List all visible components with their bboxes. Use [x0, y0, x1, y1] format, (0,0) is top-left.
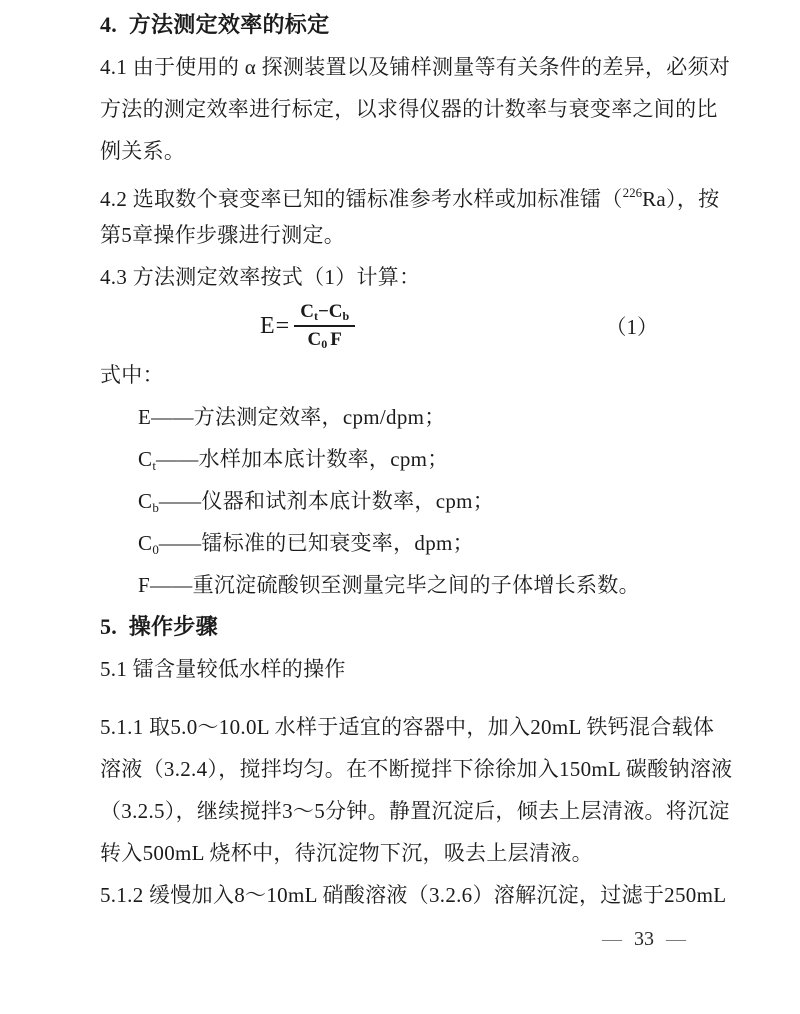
where-label: 式中： [100, 354, 700, 396]
symbol-definitions: E——方法测定效率，cpm/dpm； Ct——水样加本底计数率，cpm； Cb—… [100, 396, 700, 606]
equation-1: E= Ct−Cb C0F （1） [100, 298, 700, 354]
minus-sign: − [318, 301, 329, 322]
symbol-letter: C [138, 531, 152, 555]
section-4-heading: 4. 方法测定效率的标定 [100, 4, 700, 46]
definition-text: ——重沉淀硫酸钡至测量完毕之间的子体增长系数。 [150, 573, 640, 597]
footer-dash-left: — [602, 928, 622, 951]
definition-Ct: Ct——水样加本底计数率，cpm； [100, 438, 700, 480]
text-line: 例关系。 [100, 130, 700, 172]
symbol: Cb [138, 489, 159, 513]
symbol: E [138, 405, 151, 429]
text-line: （3.2.5），继续搅拌3～5分钟。静置沉淀后，倾去上层清液。将沉淀 [100, 790, 700, 832]
paragraph-4-2: 4.2 选取数个衰变率已知的镭标准参考水样或加标准镭（226Ra），按 第5章操… [100, 172, 700, 256]
paragraph-5-1-1: 5.1.1 取5.0～10.0L 水样于适宜的容器中，加入20mL 铁钙混合载体… [100, 706, 700, 874]
definition-text: ——方法测定效率，cpm/dpm； [151, 405, 445, 429]
equation-fraction: Ct−Cb C0F [294, 302, 355, 350]
text-line: 4.3 方法测定效率按式（1）计算： [100, 256, 700, 298]
text-segment: 4.2 选取数个衰变率已知的镭标准参考水样或加标准镭（ [100, 187, 623, 211]
text-segment: Ra），按 [642, 187, 719, 211]
symbol: Ct [138, 447, 156, 471]
symbol: F [330, 329, 342, 350]
subscript: 0 [321, 337, 327, 351]
definition-E: E——方法测定效率，cpm/dpm； [100, 396, 700, 438]
symbol: C [308, 329, 322, 350]
text-line: 4.2 选取数个衰变率已知的镭标准参考水样或加标准镭（226Ra），按 [100, 172, 700, 214]
text-line: 5.1.2 缓慢加入8～10mL 硝酸溶液（3.2.6）溶解沉淀，过滤于250m… [100, 874, 700, 916]
text-line: 5.1.1 取5.0～10.0L 水样于适宜的容器中，加入20mL 铁钙混合载体 [100, 706, 700, 748]
definition-F: F——重沉淀硫酸钡至测量完毕之间的子体增长系数。 [100, 564, 700, 606]
subscript: b [343, 309, 350, 323]
paragraph-5-1-2: 5.1.2 缓慢加入8～10mL 硝酸溶液（3.2.6）溶解沉淀，过滤于250m… [100, 874, 700, 916]
fraction-numerator: Ct−Cb [294, 302, 355, 327]
paragraph-4-3: 4.3 方法测定效率按式（1）计算： [100, 256, 700, 298]
definition-text: ——仪器和试剂本底计数率，cpm； [159, 489, 494, 513]
footer-dash-right: — [666, 928, 686, 951]
text-line: 4.1 由于使用的 α 探测装置以及铺样测量等有关条件的差异，必须对 [100, 46, 700, 88]
isotope-superscript: 226 [623, 185, 643, 200]
symbol-letter: C [138, 489, 152, 513]
symbol: C0 [138, 531, 159, 555]
equation-number: （1） [606, 311, 659, 341]
symbol-letter: F [138, 573, 150, 597]
section-5-heading: 5. 操作步骤 [100, 606, 700, 648]
subsection-5-1-heading: 5.1 镭含量较低水样的操作 [100, 648, 700, 690]
document-page: 4. 方法测定效率的标定 4.1 由于使用的 α 探测装置以及铺样测量等有关条件… [0, 0, 800, 1014]
symbol: C [329, 301, 343, 322]
symbol-letter: C [138, 447, 152, 471]
symbol: C [300, 301, 314, 322]
page-number: 33 [634, 928, 654, 951]
text-line: 转入500mL 烧杯中，待沉淀物下沉，吸去上层清液。 [100, 832, 700, 874]
definition-Cb: Cb——仪器和试剂本底计数率，cpm； [100, 480, 700, 522]
page-footer: — 33 — [100, 918, 700, 960]
symbol-letter: E [138, 405, 151, 429]
text-line: 第5章操作步骤进行测定。 [100, 214, 700, 256]
definition-C0: C0——镭标准的已知衰变率，dpm； [100, 522, 700, 564]
fraction-denominator: C0F [308, 327, 342, 350]
text-line: 方法的测定效率进行标定，以求得仪器的计数率与衰变率之间的比 [100, 88, 700, 130]
equation-lhs: E= [260, 313, 290, 340]
definition-text: ——水样加本底计数率，cpm； [156, 447, 449, 471]
text-line: 溶液（3.2.4），搅拌均匀。在不断搅拌下徐徐加入150mL 碳酸钠溶液 [100, 748, 700, 790]
definition-text: ——镭标准的已知衰变率，dpm； [159, 531, 474, 555]
symbol: F [138, 573, 150, 597]
paragraph-4-1: 4.1 由于使用的 α 探测装置以及铺样测量等有关条件的差异，必须对 方法的测定… [100, 46, 700, 172]
